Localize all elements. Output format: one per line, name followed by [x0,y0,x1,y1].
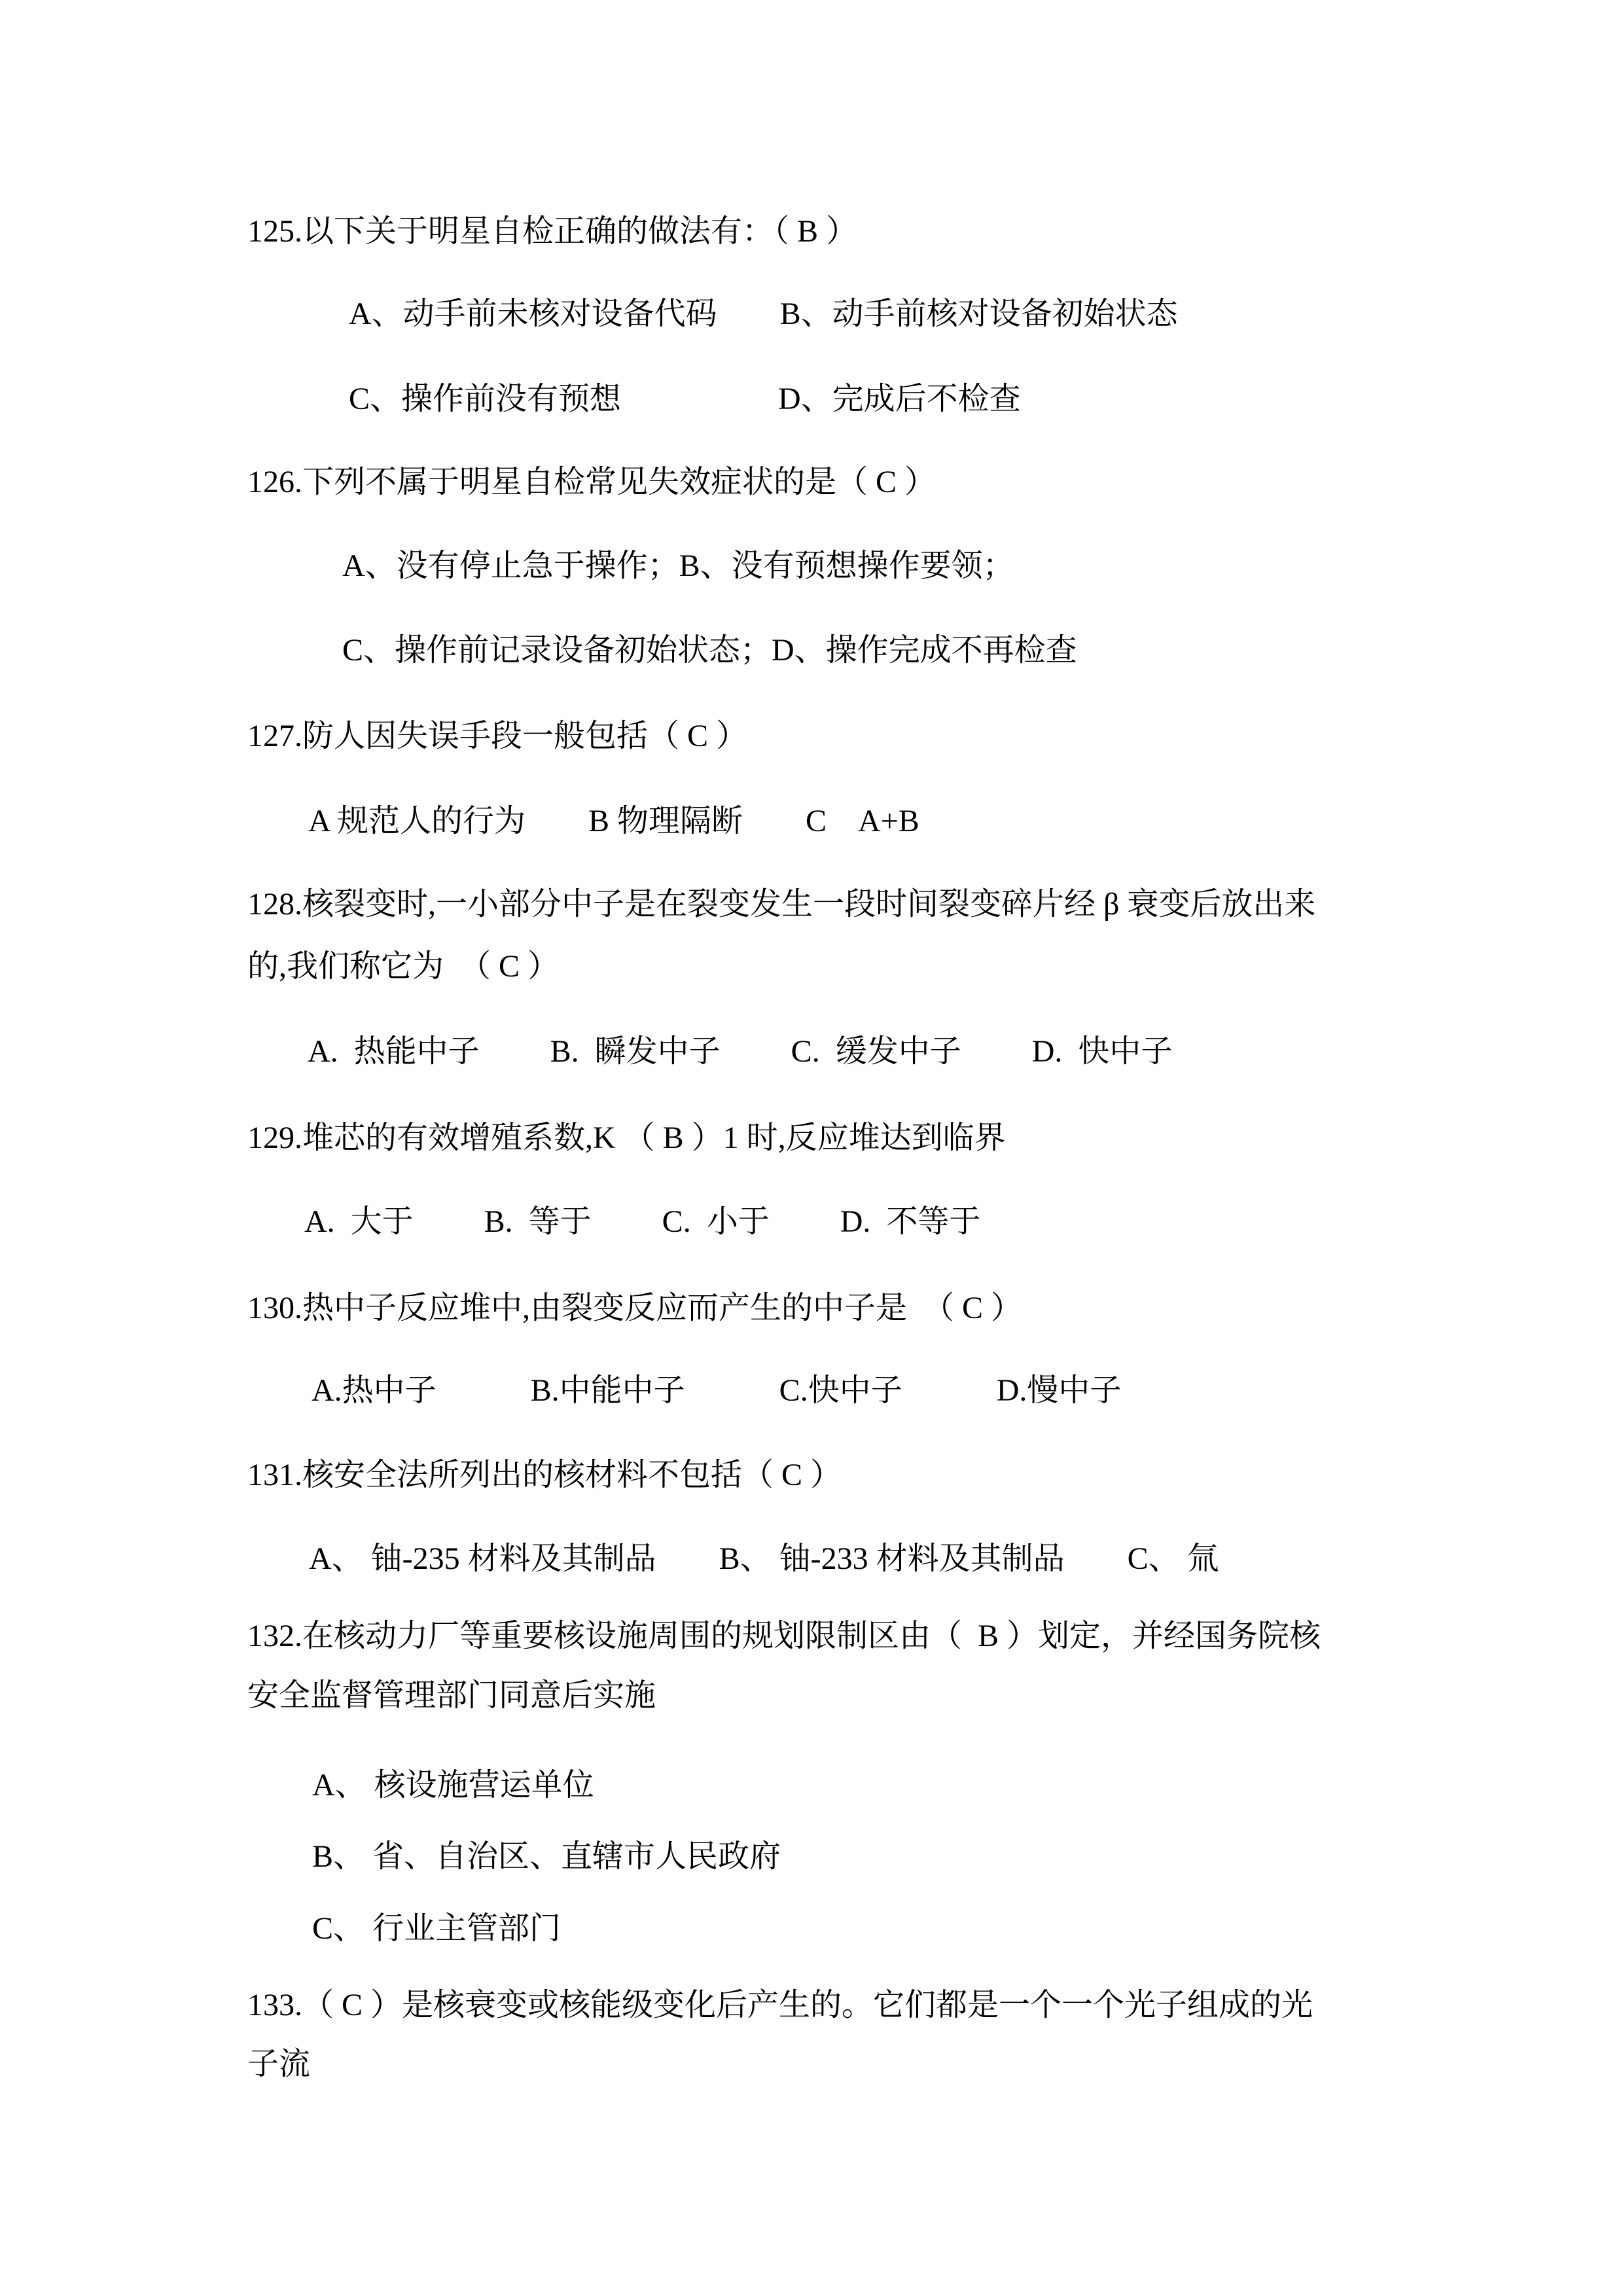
q132-option-a: A、 核设施营运单位 [312,1767,594,1803]
q130-option-row: A.热中子 B.中能中子 C.快中子 D.慢中子 [312,1372,1121,1408]
q127-option-row: A 规范人的行为 B 物理隔断 C A+B [308,803,919,839]
q126-option-row-ab: A、没有停止急于操作；B、没有预想操作要领； [342,548,1014,584]
q129-title: 129.堆芯的有效增殖系数,K （ B ）1 时,反应堆达到临界 [247,1120,1006,1156]
q128-title-line-1: 128.核裂变时,一小部分中子是在裂变发生一段时间裂变碎片经 β 衰变后放出来 [247,886,1315,922]
q132-option-b: B、 省、自治区、直辖市人民政府 [312,1839,781,1874]
q132-title-line-2: 安全监督管理部门同意后实施 [247,1677,656,1713]
q130-title: 130.热中子反应堆中,由裂变反应而产生的中子是 （ C ） [247,1290,1022,1326]
q128-option-row: A. 热能中子 B. 瞬发中子 C. 缓发中子 D. 快中子 [308,1033,1172,1069]
q125-title: 125.以下关于明星自检正确的做法有：（ B ） [247,213,857,249]
q128-title-line-2: 的,我们称它为 （ C ） [247,948,559,984]
q126-option-row-cd: C、操作前记录设备初始状态；D、操作完成不再检查 [342,632,1077,668]
q131-option-row: A、 铀-235 材料及其制品 B、 铀-233 材料及其制品 C、 氚 [309,1541,1219,1577]
q125-option-row-ab: A、动手前未核对设备代码 B、动手前核对设备初始状态 [349,296,1178,332]
q126-title: 126.下列不属于明星自检常见失效症状的是（ C ） [247,464,936,500]
q129-option-row: A. 大于 B. 等于 C. 小于 D. 不等于 [304,1204,980,1240]
q131-title: 131.核安全法所列出的核材料不包括（ C ） [247,1457,842,1493]
q133-title-line-1: 133.（ C ）是核衰变或核能级变化后产生的。它们都是一个一个光子组成的光 [247,1987,1313,2023]
q127-title: 127.防人因失误手段一般包括（ C ） [247,718,747,754]
q132-title-line-1: 132.在核动力厂等重要核设施周围的规划限制区由（ B ）划定，并经国务院核 [247,1618,1321,1654]
q125-option-row-cd: C、操作前没有预想 D、完成后不检查 [349,381,1021,417]
q132-option-c: C、 行业主管部门 [312,1910,561,1946]
q133-title-line-2: 子流 [247,2046,310,2082]
document-page: 125.以下关于明星自检正确的做法有：（ B ） A、动手前未核对设备代码 B、… [0,0,1623,2296]
